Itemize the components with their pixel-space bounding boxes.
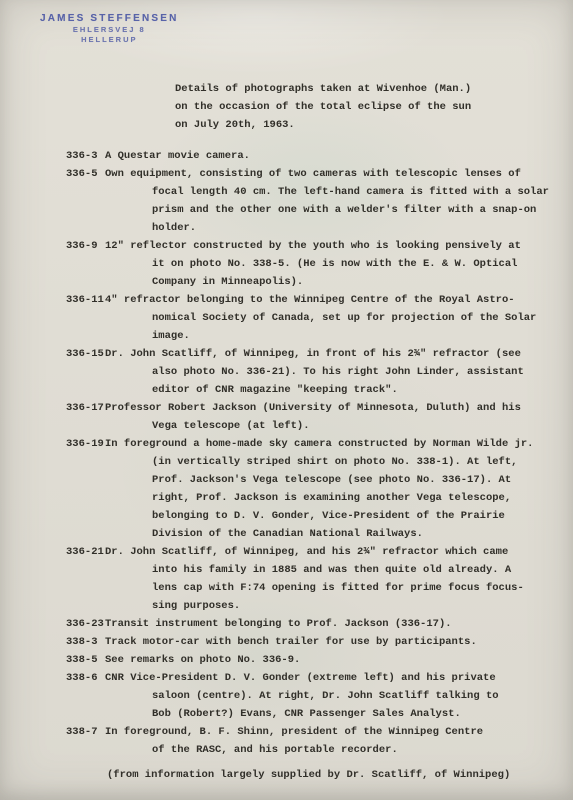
- entry-text-line: In foreground a home-made sky camera con…: [105, 435, 553, 453]
- title-line: Details of photographs taken at Wivenhoe…: [175, 80, 471, 98]
- entry-number: 338-7: [66, 723, 105, 759]
- photo-entry: 336-23 Transit instrument belonging to P…: [66, 615, 553, 633]
- stamp-name: JAMES STEFFENSEN: [40, 13, 179, 25]
- entry-text-line: See remarks on photo No. 336-9.: [105, 651, 553, 669]
- photo-entry: 336-3 A Questar movie camera.: [66, 147, 553, 165]
- entry-text-line: Division of the Canadian National Railwa…: [105, 525, 553, 543]
- entry-text-line: Professor Robert Jackson (University of …: [105, 399, 553, 417]
- entry-text-line: Own equipment, consisting of two cameras…: [105, 165, 553, 183]
- entry-text-line: focal length 40 cm. The left-hand camera…: [105, 183, 553, 201]
- title-line: on the occasion of the total eclipse of …: [175, 98, 471, 116]
- photo-entry: 336-5 Own equipment, consisting of two c…: [66, 165, 553, 237]
- entry-text-line: nomical Society of Canada, set up for pr…: [105, 309, 553, 327]
- entry-text-line: Dr. John Scatliff, of Winnipeg, and his …: [105, 543, 553, 561]
- entry-text-line: holder.: [105, 219, 553, 237]
- entry-number: 336-9: [66, 237, 105, 291]
- entry-text-line: Track motor-car with bench trailer for u…: [105, 633, 553, 651]
- photo-entry-list: 336-3 A Questar movie camera. 336-5 Own …: [66, 147, 553, 759]
- entry-number: 336-19: [66, 435, 105, 543]
- entry-body: 12" reflector constructed by the youth w…: [105, 237, 553, 291]
- entry-body: In foreground a home-made sky camera con…: [105, 435, 553, 543]
- entry-body: Dr. John Scatliff, of Winnipeg, in front…: [105, 345, 553, 399]
- entry-text-line: Dr. John Scatliff, of Winnipeg, in front…: [105, 345, 553, 363]
- document-title: Details of photographs taken at Wivenhoe…: [175, 80, 471, 134]
- entry-number: 338-3: [66, 633, 105, 651]
- entry-number: 338-6: [66, 669, 105, 723]
- entry-text-line: prism and the other one with a welder's …: [105, 201, 553, 219]
- entry-number: 336-15: [66, 345, 105, 399]
- entry-text-line: into his family in 1885 and was then qui…: [105, 561, 553, 579]
- entry-body: In foreground, B. F. Shinn, president of…: [105, 723, 553, 759]
- entry-text-line: editor of CNR magazine "keeping track".: [105, 381, 553, 399]
- entry-text-line: it on photo No. 338-5. (He is now with t…: [105, 255, 553, 273]
- entry-text-line: 12" reflector constructed by the youth w…: [105, 237, 553, 255]
- entry-number: 336-5: [66, 165, 105, 237]
- entry-text-line: of the RASC, and his portable recorder.: [105, 741, 553, 759]
- photo-entry: 338-7 In foreground, B. F. Shinn, presid…: [66, 723, 553, 759]
- entry-number: 336-3: [66, 147, 105, 165]
- entry-text-line: 4" refractor belonging to the Winnipeg C…: [105, 291, 553, 309]
- entry-number: 338-5: [66, 651, 105, 669]
- entry-text-line: (in vertically striped shirt on photo No…: [105, 453, 553, 471]
- entry-number: 336-21: [66, 543, 105, 615]
- entry-text-line: In foreground, B. F. Shinn, president of…: [105, 723, 553, 741]
- entry-text-line: image.: [105, 327, 553, 345]
- title-line: on July 20th, 1963.: [175, 116, 471, 134]
- photo-entry: 336-15 Dr. John Scatliff, of Winnipeg, i…: [66, 345, 553, 399]
- photo-entry: 338-6 CNR Vice-President D. V. Gonder (e…: [66, 669, 553, 723]
- entry-body: Own equipment, consisting of two cameras…: [105, 165, 553, 237]
- entry-number: 336-23: [66, 615, 105, 633]
- entry-text-line: belonging to D. V. Gonder, Vice-Presiden…: [105, 507, 553, 525]
- stamp-address-city: HELLERUP: [40, 35, 179, 45]
- entry-text-line: sing purposes.: [105, 597, 553, 615]
- photo-entry: 336-19 In foreground a home-made sky cam…: [66, 435, 553, 543]
- entry-text-line: Transit instrument belonging to Prof. Ja…: [105, 615, 553, 633]
- entry-body: See remarks on photo No. 336-9.: [105, 651, 553, 669]
- photo-entry: 336-17 Professor Robert Jackson (Univers…: [66, 399, 553, 435]
- entry-text-line: CNR Vice-President D. V. Gonder (extreme…: [105, 669, 553, 687]
- entry-text-line: A Questar movie camera.: [105, 147, 553, 165]
- entry-body: Transit instrument belonging to Prof. Ja…: [105, 615, 553, 633]
- entry-text-line: also photo No. 336-21). To his right Joh…: [105, 363, 553, 381]
- entry-text-line: right, Prof. Jackson is examining anothe…: [105, 489, 553, 507]
- entry-body: Track motor-car with bench trailer for u…: [105, 633, 553, 651]
- entry-number: 336-17: [66, 399, 105, 435]
- entry-body: Professor Robert Jackson (University of …: [105, 399, 553, 435]
- entry-body: A Questar movie camera.: [105, 147, 553, 165]
- stamp-address-street: EHLERSVEJ 8: [40, 25, 179, 35]
- photo-entry: 338-3 Track motor-car with bench trailer…: [66, 633, 553, 651]
- photo-entry: 338-5 See remarks on photo No. 336-9.: [66, 651, 553, 669]
- entry-number: 336-11: [66, 291, 105, 345]
- entry-text-line: Prof. Jackson's Vega telescope (see phot…: [105, 471, 553, 489]
- entry-text-line: Vega telescope (at left).: [105, 417, 553, 435]
- entry-body: 4" refractor belonging to the Winnipeg C…: [105, 291, 553, 345]
- entry-text-line: lens cap with F:74 opening is fitted for…: [105, 579, 553, 597]
- entry-body: CNR Vice-President D. V. Gonder (extreme…: [105, 669, 553, 723]
- typewritten-document-page: JAMES STEFFENSEN EHLERSVEJ 8 HELLERUP De…: [0, 0, 573, 800]
- entry-text-line: Bob (Robert?) Evans, CNR Passenger Sales…: [105, 705, 553, 723]
- entry-body: Dr. John Scatliff, of Winnipeg, and his …: [105, 543, 553, 615]
- letterhead-stamp: JAMES STEFFENSEN EHLERSVEJ 8 HELLERUP: [40, 13, 179, 45]
- footer-note: (from information largely supplied by Dr…: [107, 766, 510, 784]
- entry-text-line: saloon (centre). At right, Dr. John Scat…: [105, 687, 553, 705]
- photo-entry: 336-11 4" refractor belonging to the Win…: [66, 291, 553, 345]
- photo-entry: 336-9 12" reflector constructed by the y…: [66, 237, 553, 291]
- entry-text-line: Company in Minneapolis).: [105, 273, 553, 291]
- photo-entry: 336-21 Dr. John Scatliff, of Winnipeg, a…: [66, 543, 553, 615]
